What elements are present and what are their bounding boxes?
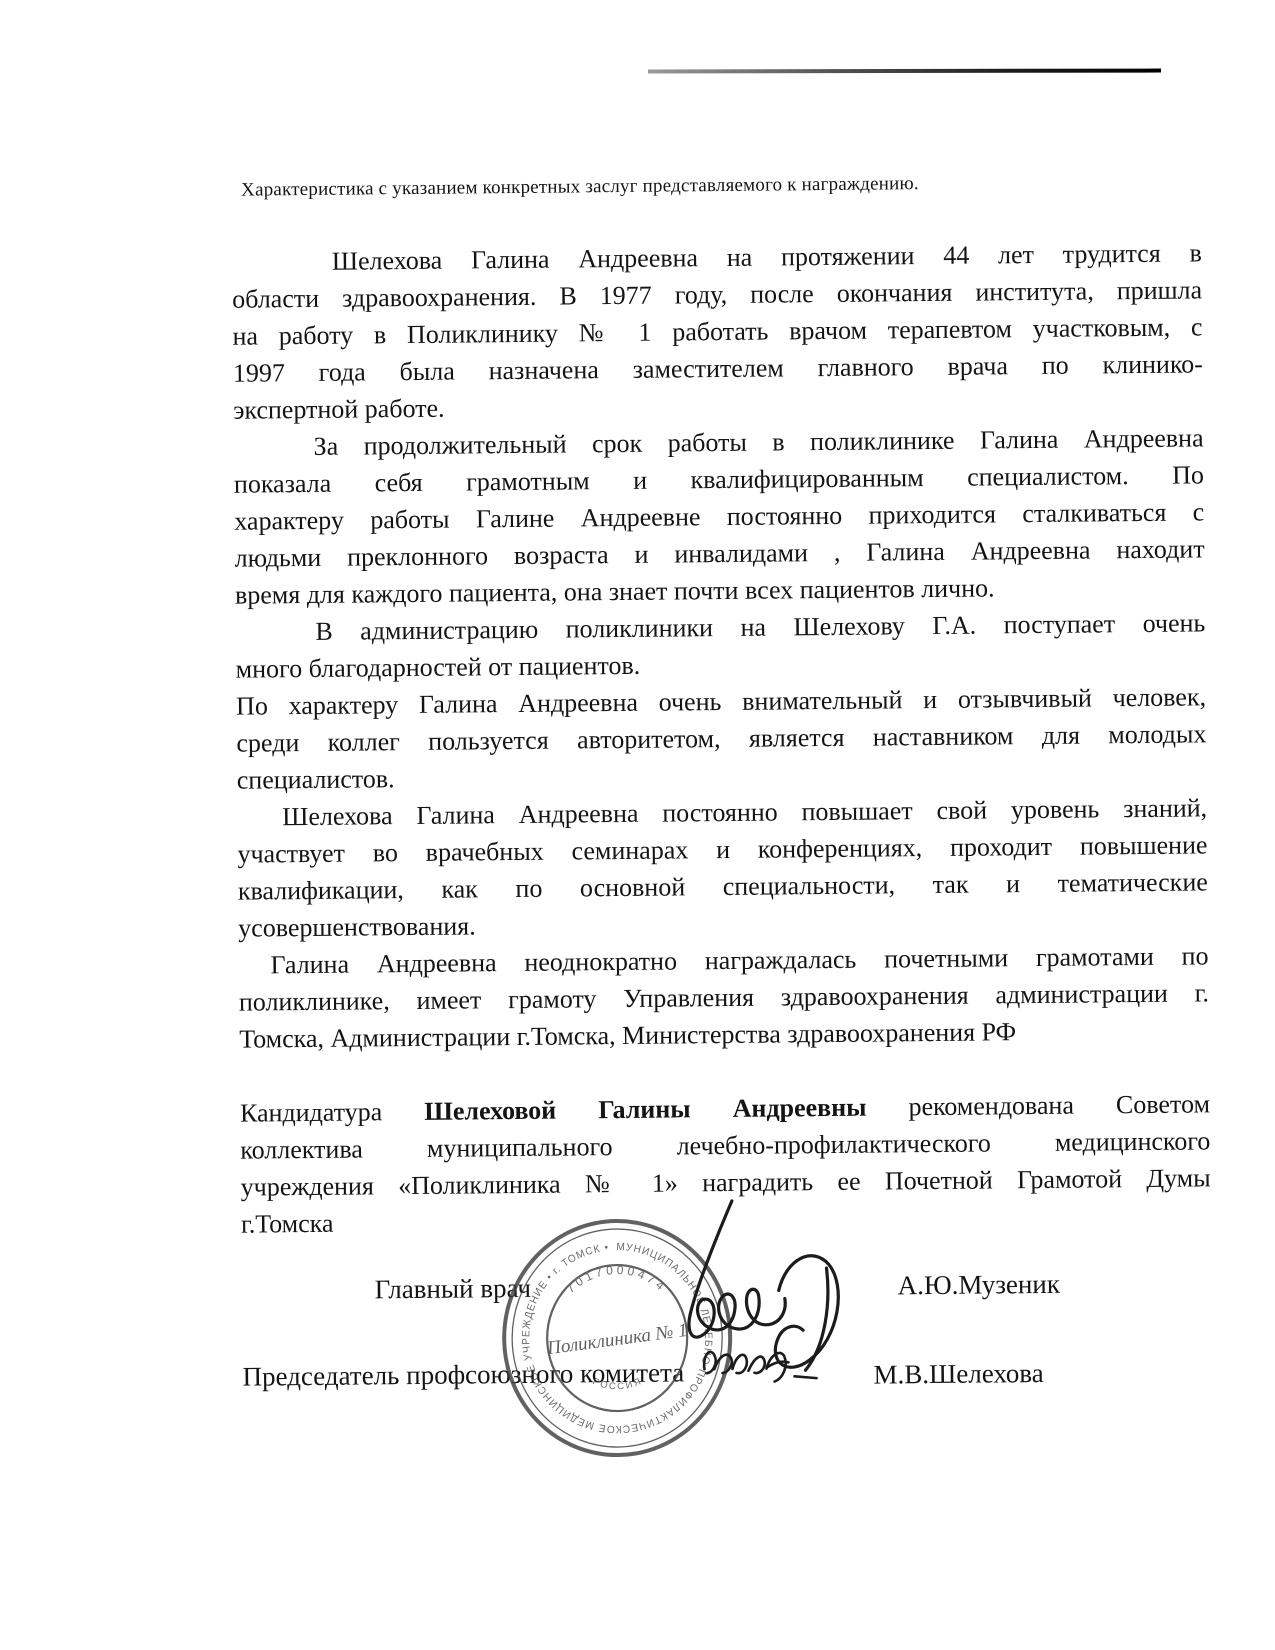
document-content: Характеристика с указанием конкретных за…	[0, 0, 1275, 1650]
candidacy-prefix: Кандидатура	[240, 1097, 383, 1127]
letter-body: Шелехова Галина Андреевна на протяжении …	[232, 234, 1212, 1242]
candidacy-name: Шелеховой Галины Андреевны	[424, 1093, 866, 1126]
header-note: Характеристика с указанием конкретных за…	[241, 172, 1001, 201]
svg-text:РОССИЯ: РОССИЯ	[591, 1376, 645, 1393]
signature-name-chief-doctor: А.Ю.Музеник	[898, 1269, 1061, 1302]
union-chair-signature	[698, 1326, 831, 1385]
candidacy-suffix: рекомендована Советом	[908, 1089, 1210, 1121]
signature-stroke	[688, 1200, 786, 1337]
stamp-country-text: РОССИЯ	[591, 1376, 645, 1393]
signature-stroke	[795, 1376, 817, 1378]
signature-name-union-chair: М.В.Шелехова	[873, 1358, 1043, 1391]
scanned-document-page: Характеристика с указанием конкретных за…	[0, 0, 1275, 1650]
signature-stroke	[704, 1351, 789, 1382]
